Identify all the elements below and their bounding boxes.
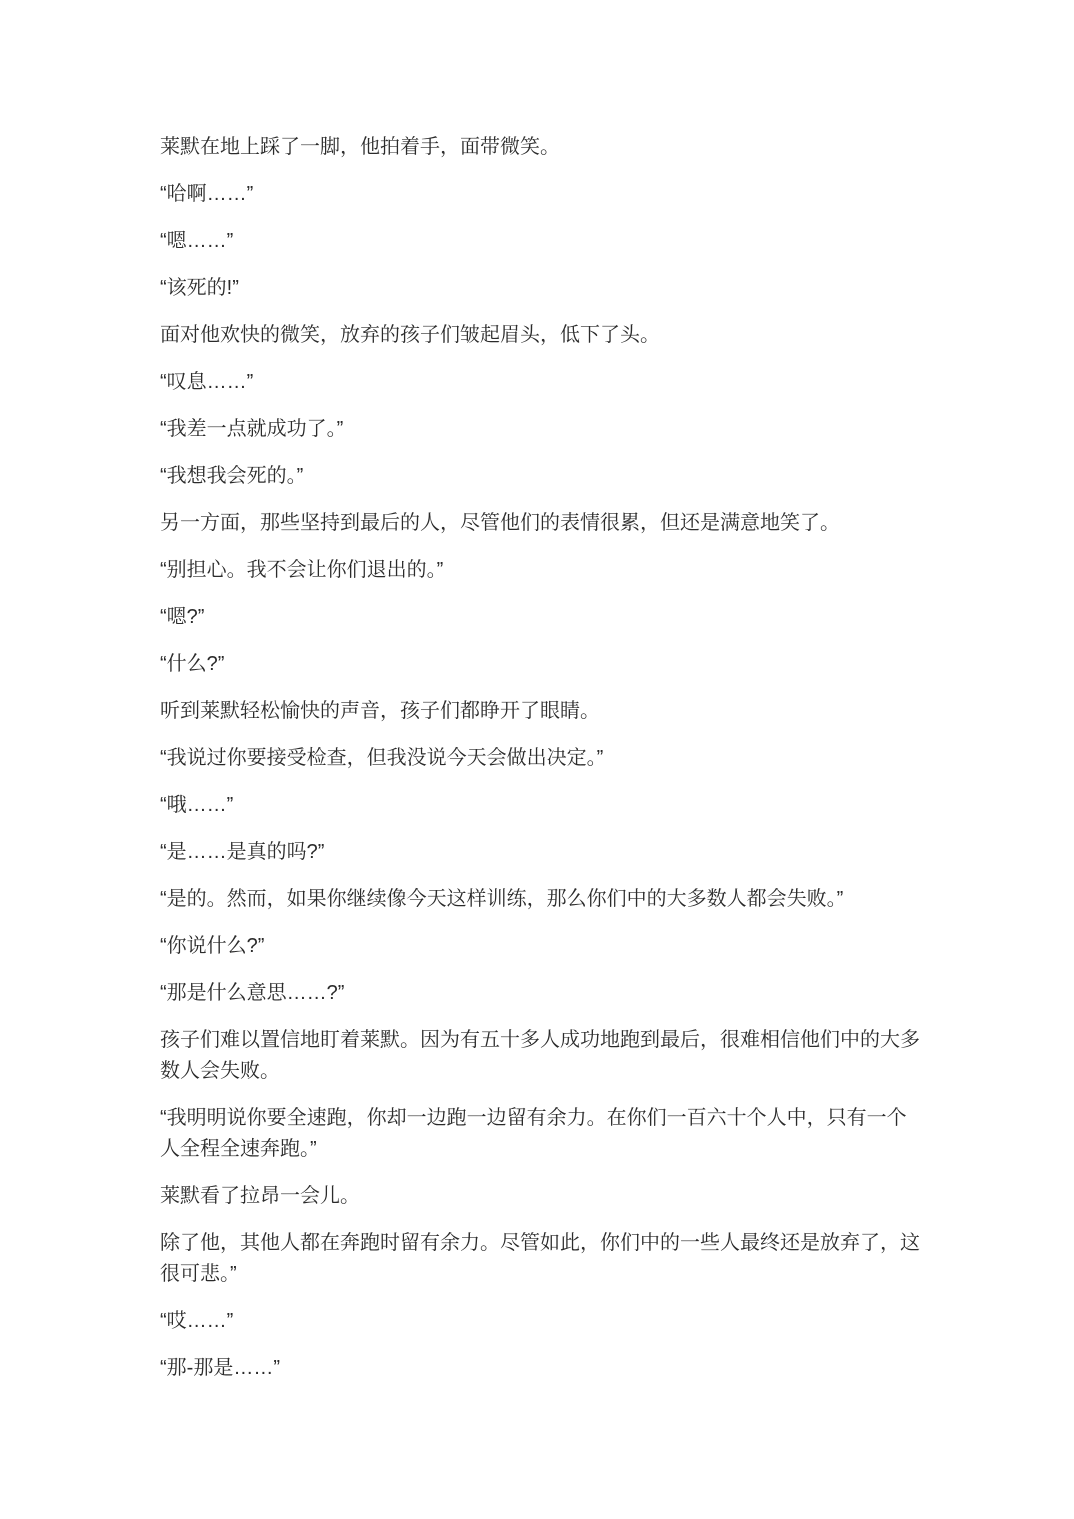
paragraph: 听到莱默轻松愉快的声音，孩子们都睁开了眼睛。 <box>160 696 925 727</box>
paragraph: “哈啊……” <box>160 179 925 210</box>
paragraph: 面对他欢快的微笑，放弃的孩子们皱起眉头，低下了头。 <box>160 320 925 351</box>
paragraph: 除了他，其他人都在奔跑时留有余力。尽管如此，你们中的一些人最终还是放弃了，这很可… <box>160 1228 925 1290</box>
paragraph: “那是什么意思……?” <box>160 978 925 1009</box>
paragraph: “哎……” <box>160 1306 925 1337</box>
paragraph: “是……是真的吗?” <box>160 837 925 868</box>
document-text-block: 莱默在地上踩了一脚，他拍着手，面带微笑。 “哈啊……” “嗯……” “该死的!”… <box>160 132 925 1400</box>
paragraph: “哦……” <box>160 790 925 821</box>
paragraph: “那-那是……” <box>160 1353 925 1384</box>
paragraph: “你说什么?” <box>160 931 925 962</box>
document-page: 莱默在地上踩了一脚，他拍着手，面带微笑。 “哈啊……” “嗯……” “该死的!”… <box>0 0 1074 1519</box>
paragraph: 莱默在地上踩了一脚，他拍着手，面带微笑。 <box>160 132 925 163</box>
paragraph: “叹息……” <box>160 367 925 398</box>
paragraph: “该死的!” <box>160 273 925 304</box>
paragraph: “嗯?” <box>160 602 925 633</box>
paragraph: “别担心。我不会让你们退出的。” <box>160 555 925 586</box>
paragraph: “是的。然而，如果你继续像今天这样训练，那么你们中的大多数人都会失败。” <box>160 884 925 915</box>
paragraph: 孩子们难以置信地盯着莱默。因为有五十多人成功地跑到最后，很难相信他们中的大多数人… <box>160 1025 925 1087</box>
paragraph: 另一方面，那些坚持到最后的人，尽管他们的表情很累，但还是满意地笑了。 <box>160 508 925 539</box>
paragraph: “什么?” <box>160 649 925 680</box>
paragraph: “我想我会死的。” <box>160 461 925 492</box>
paragraph: “嗯……” <box>160 226 925 257</box>
paragraph: 莱默看了拉昂一会儿。 <box>160 1181 925 1212</box>
paragraph: “我明明说你要全速跑，你却一边跑一边留有余力。在你们一百六十个人中，只有一个人全… <box>160 1103 925 1165</box>
paragraph: “我说过你要接受检查，但我没说今天会做出决定。” <box>160 743 925 774</box>
paragraph: “我差一点就成功了。” <box>160 414 925 445</box>
